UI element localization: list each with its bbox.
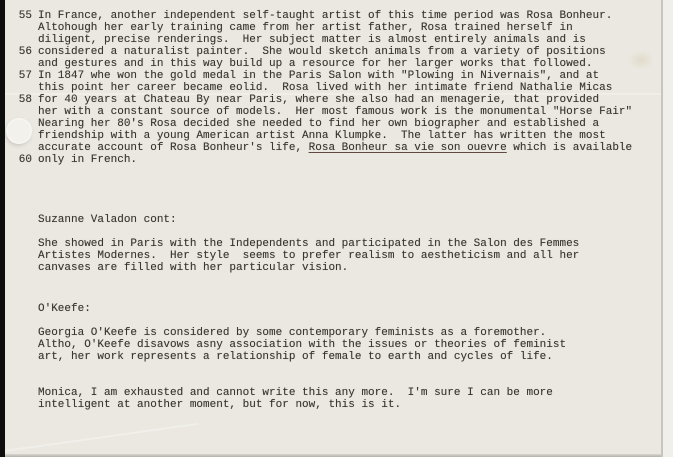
line-text: intelligent at another moment, but for n… <box>38 399 401 411</box>
document-line: her with a constant source of models. He… <box>0 106 661 118</box>
suzanne-valadon-paragraph: She showed in Paris with the Independent… <box>0 238 661 274</box>
okeefe-paragraph: Georgia O'Keefe is considered by some co… <box>0 327 661 363</box>
line-text: considered a naturalist painter. She wou… <box>38 46 606 58</box>
line-text: Monica, I am exhausted and cannot write … <box>38 387 553 399</box>
document-line: diligent, precise renderings. Her subjec… <box>0 34 661 46</box>
suzanne-valadon-heading: Suzanne Valadon cont: <box>0 214 661 226</box>
left-binding-edge <box>0 0 5 457</box>
underlined-book-title: Rosa Bonheur sa vie son ouevre <box>309 142 507 154</box>
document-line: O'Keefe: <box>0 303 661 315</box>
line-text: this point her career became eolid. Rosa… <box>38 82 612 94</box>
document-line: this point her career became eolid. Rosa… <box>0 82 661 94</box>
line-text: friendship with a young American artist … <box>38 130 606 142</box>
line-text: accurate account of Rosa Bonheur's life,… <box>38 142 632 154</box>
document-line: art, her work represents a relationship … <box>0 351 661 363</box>
document-line: 58for 40 years at Chateau By near Paris,… <box>0 94 661 106</box>
line-text: Suzanne Valadon cont: <box>38 214 177 226</box>
rosa-bonheur-notes: 55In France, another independent self-ta… <box>0 10 661 166</box>
line-text-post: which is available <box>507 142 632 154</box>
text-content: 55In France, another independent self-ta… <box>0 10 661 411</box>
hole-punch-mark <box>6 118 32 144</box>
line-text: Nearing her 80's Rosa decided she needed… <box>38 118 599 130</box>
line-text: She showed in Paris with the Independent… <box>38 238 579 250</box>
document-line: Artistes Modernes. Her style seems to pr… <box>0 250 661 262</box>
line-text: and gestures and in this way build up a … <box>38 58 593 70</box>
document-line: friendship with a young American artist … <box>0 130 661 142</box>
line-text: for 40 years at Chateau By near Paris, w… <box>38 94 599 106</box>
closing-note: Monica, I am exhausted and cannot write … <box>0 387 661 411</box>
document-line: canvases are filled with her particular … <box>0 262 661 274</box>
okeefe-heading: O'Keefe: <box>0 303 661 315</box>
line-text: O'Keefe: <box>38 303 91 315</box>
line-text: diligent, precise renderings. Her subjec… <box>38 34 586 46</box>
line-text: canvases are filled with her particular … <box>38 262 348 274</box>
line-text: Altohough her early training came from h… <box>38 22 573 34</box>
paper-crease <box>0 423 199 456</box>
line-text: Artistes Modernes. Her style seems to pr… <box>38 250 579 262</box>
document-line: 57In 1847 whe won the gold medal in the … <box>0 70 661 82</box>
line-text: her with a constant source of models. He… <box>38 106 632 118</box>
document-line: Altho, O'Keefe disavows asny association… <box>0 339 661 351</box>
line-text: only in French. <box>38 154 137 166</box>
document-line: Altohough her early training came from h… <box>0 22 661 34</box>
document-line: Georgia O'Keefe is considered by some co… <box>0 327 661 339</box>
line-text: Georgia O'Keefe is considered by some co… <box>38 327 546 339</box>
line-text: In France, another independent self-taug… <box>38 10 612 22</box>
document-line: and gestures and in this way build up a … <box>0 58 661 70</box>
document-line: 55In France, another independent self-ta… <box>0 10 661 22</box>
line-text: art, her work represents a relationship … <box>38 351 553 363</box>
line-text-pre: accurate account of Rosa Bonheur's life, <box>38 142 309 154</box>
paper-right-margin-strip <box>663 0 673 457</box>
document-line: accurate account of Rosa Bonheur's life,… <box>0 142 661 154</box>
document-line: She showed in Paris with the Independent… <box>0 238 661 250</box>
document-line: 60only in French. <box>0 154 661 166</box>
line-text: Altho, O'Keefe disavows asny association… <box>38 339 566 351</box>
document-line: Suzanne Valadon cont: <box>0 214 661 226</box>
document-line: Monica, I am exhausted and cannot write … <box>0 387 661 399</box>
document-line: Nearing her 80's Rosa decided she needed… <box>0 118 661 130</box>
line-text: In 1847 whe won the gold medal in the Pa… <box>38 70 599 82</box>
document-line: 56considered a naturalist painter. She w… <box>0 46 661 58</box>
typewritten-page: 55In France, another independent self-ta… <box>0 0 673 457</box>
document-line: intelligent at another moment, but for n… <box>0 399 661 411</box>
